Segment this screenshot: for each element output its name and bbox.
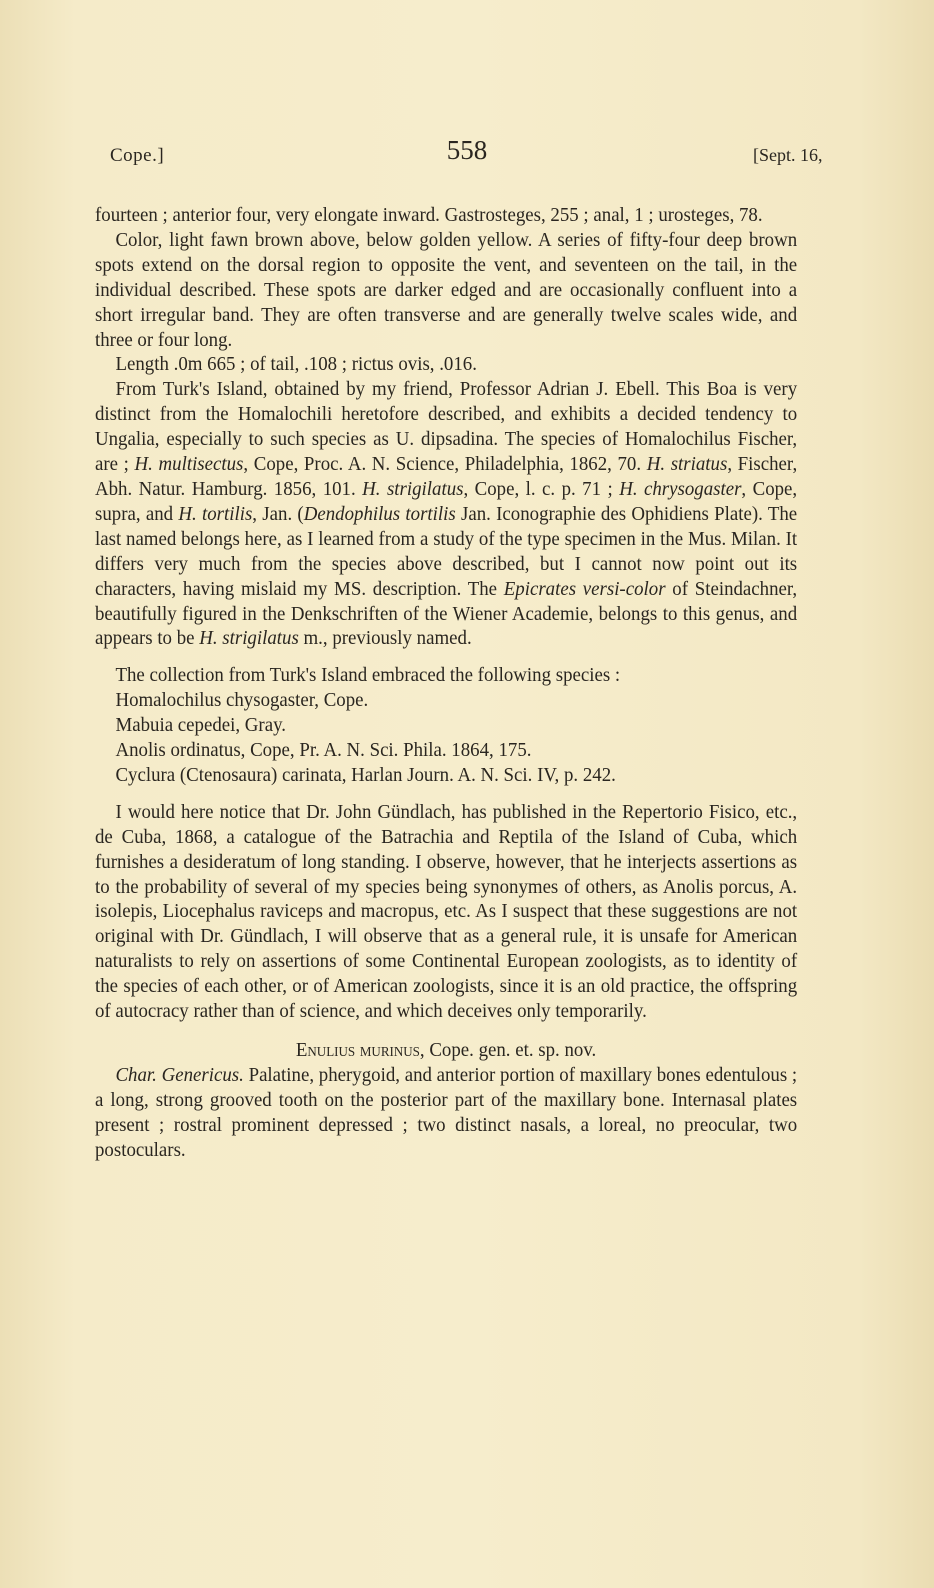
paragraph-collection-intro: The collection from Turk's Island embrac… xyxy=(95,663,797,688)
body-text: fourteen ; anterior four, very elongate … xyxy=(95,203,797,1163)
paragraph-length: Length .0m 665 ; of tail, .108 ; rictus … xyxy=(95,352,797,377)
paragraph-locality-and-synonymy: From Turk's Island, obtained by my frien… xyxy=(95,377,797,651)
document-page: Cope.] 558 [Sept. 16, fourteen ; anterio… xyxy=(0,0,934,1588)
paragraph-gundlach-note: I would here notice that Dr. John Gündla… xyxy=(95,800,797,1024)
taxon-name: H. tortilis xyxy=(178,503,252,525)
genus-species-name: Enulius murinus xyxy=(296,1039,420,1061)
species-list-item: Mabuia cepedei, Gray. xyxy=(95,713,797,738)
date-running-head: [Sept. 16, xyxy=(753,145,823,166)
running-head: Cope.] 558 [Sept. 16, xyxy=(0,135,934,175)
taxon-name: H. multisectus xyxy=(135,453,244,475)
species-list-item: Anolis ordinatus, Cope, Pr. A. N. Sci. P… xyxy=(95,738,797,763)
taxon-name: Epicrates versi-color xyxy=(504,578,666,600)
species-list-item: Homalochilus chysogaster, Cope. xyxy=(95,688,797,713)
taxon-name: H. chrysogaster xyxy=(619,478,741,500)
taxon-name: H. strigilatus xyxy=(199,627,299,649)
paragraph-generic-characters: Char. Genericus. Palatine, pherygoid, an… xyxy=(95,1063,797,1163)
taxon-name: Dendophilus tortilis xyxy=(304,503,456,525)
paragraph-scale-counts: fourteen ; anterior four, very elongate … xyxy=(95,203,797,228)
paragraph-color: Color, light fawn brown above, below gol… xyxy=(95,228,797,353)
taxon-name: H. strigilatus xyxy=(362,478,463,500)
taxon-name: H. striatus xyxy=(647,453,728,475)
species-list-item: Cyclura (Ctenosaura) carinata, Harlan Jo… xyxy=(95,763,797,788)
section-heading: Enulius murinus, Cope. gen. et. sp. nov. xyxy=(95,1038,797,1063)
char-label: Char. Genericus. xyxy=(115,1064,243,1086)
